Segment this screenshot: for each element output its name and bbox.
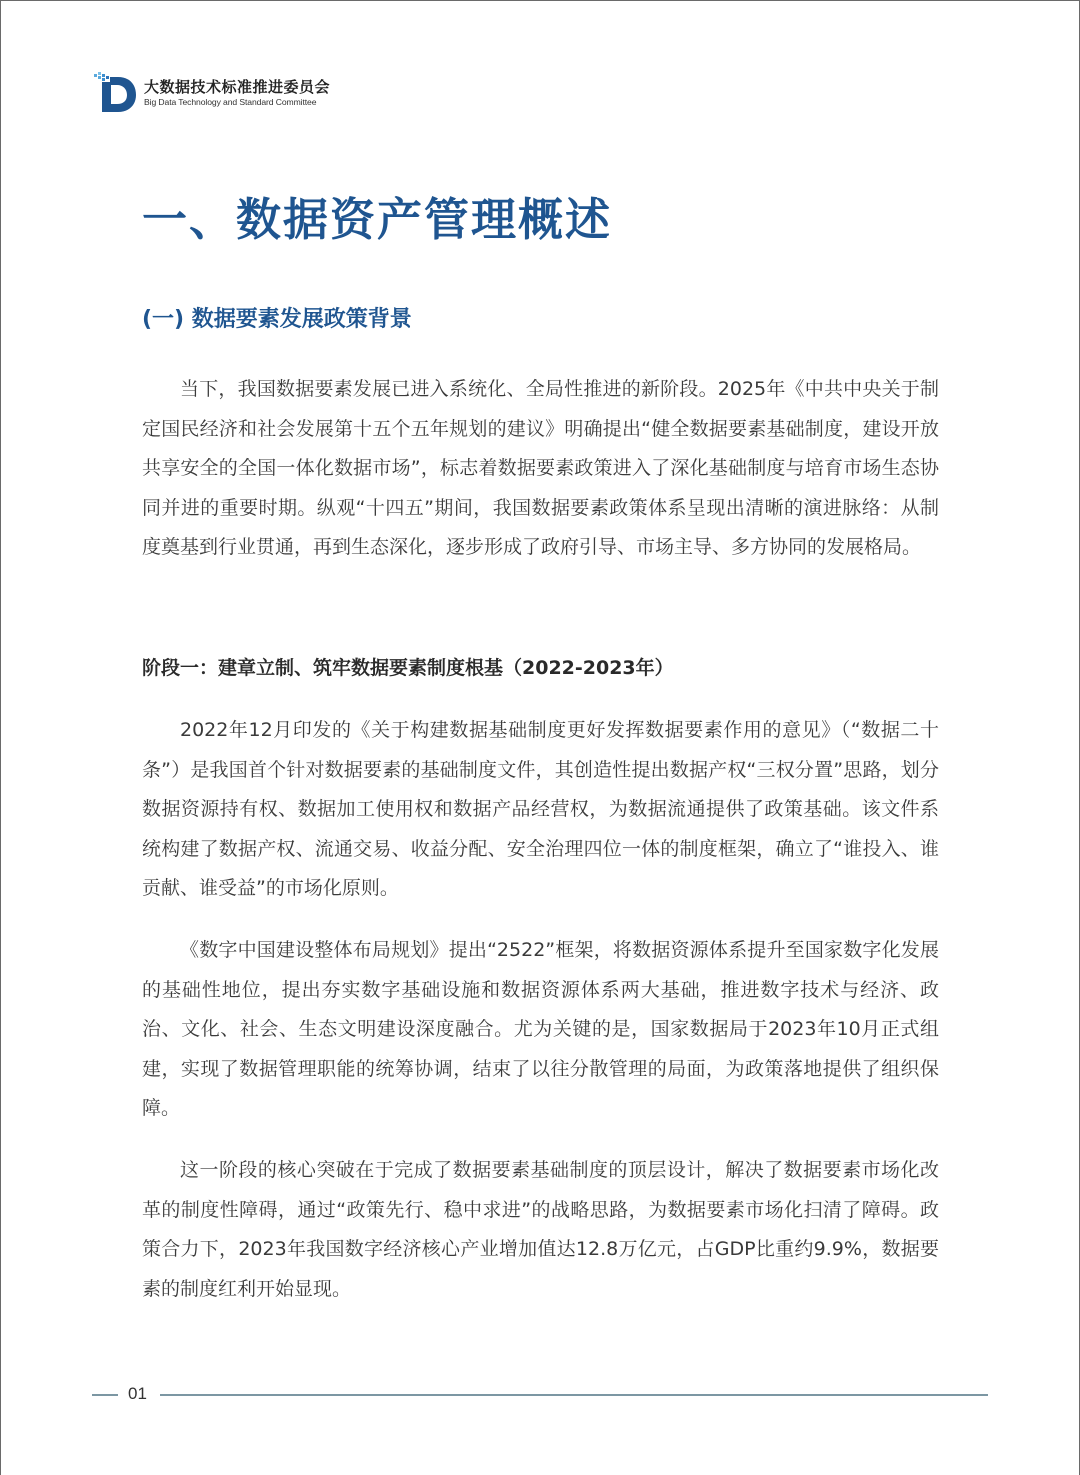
stage-one-paragraph-2: 《数字中国建设整体布局规划》提出“2522”框架，将数据资源体系提升至国家数字化…	[142, 931, 939, 1129]
page-number: 01	[128, 1383, 147, 1405]
org-name-en: Big Data Technology and Standard Committ…	[144, 96, 330, 108]
stage-one-p3-block: 这一阶段的核心突破在于完成了数据要素基础制度的顶层设计，解决了数据要素市场化改革…	[142, 1151, 939, 1309]
intro-paragraph: 当下，我国数据要素发展已进入系统化、全局性推进的新阶段。2025年《中共中央关于…	[142, 370, 939, 568]
footer-dash-divider	[92, 1394, 118, 1396]
intro-block: 当下，我国数据要素发展已进入系统化、全局性推进的新阶段。2025年《中共中央关于…	[142, 370, 939, 568]
section-title: (一) 数据要素发展政策背景	[142, 303, 412, 337]
letter-d-logo-icon	[92, 68, 138, 114]
stage-one-heading: 阶段一：建章立制、筑牢数据要素制度根基（2022-2023年）	[142, 652, 674, 684]
stage-one-p2-block: 《数字中国建设整体布局规划》提出“2522”框架，将数据资源体系提升至国家数字化…	[142, 931, 939, 1129]
stage-one-p1-block: 2022年12月印发的《关于构建数据基础制度更好发挥数据要素作用的意见》（“数据…	[142, 711, 939, 909]
stage-one-paragraph-1: 2022年12月印发的《关于构建数据基础制度更好发挥数据要素作用的意见》（“数据…	[142, 711, 939, 909]
document-header: 大数据技术标准推进委员会 Big Data Technology and Sta…	[92, 68, 330, 114]
footer-rule-divider	[160, 1394, 988, 1396]
page-footer: 01	[92, 1383, 988, 1405]
stage-one-paragraph-3: 这一阶段的核心突破在于完成了数据要素基础制度的顶层设计，解决了数据要素市场化改革…	[142, 1151, 939, 1309]
chapter-title: 一、数据资产管理概述	[142, 190, 612, 250]
org-name-cn: 大数据技术标准推进委员会	[144, 78, 330, 96]
